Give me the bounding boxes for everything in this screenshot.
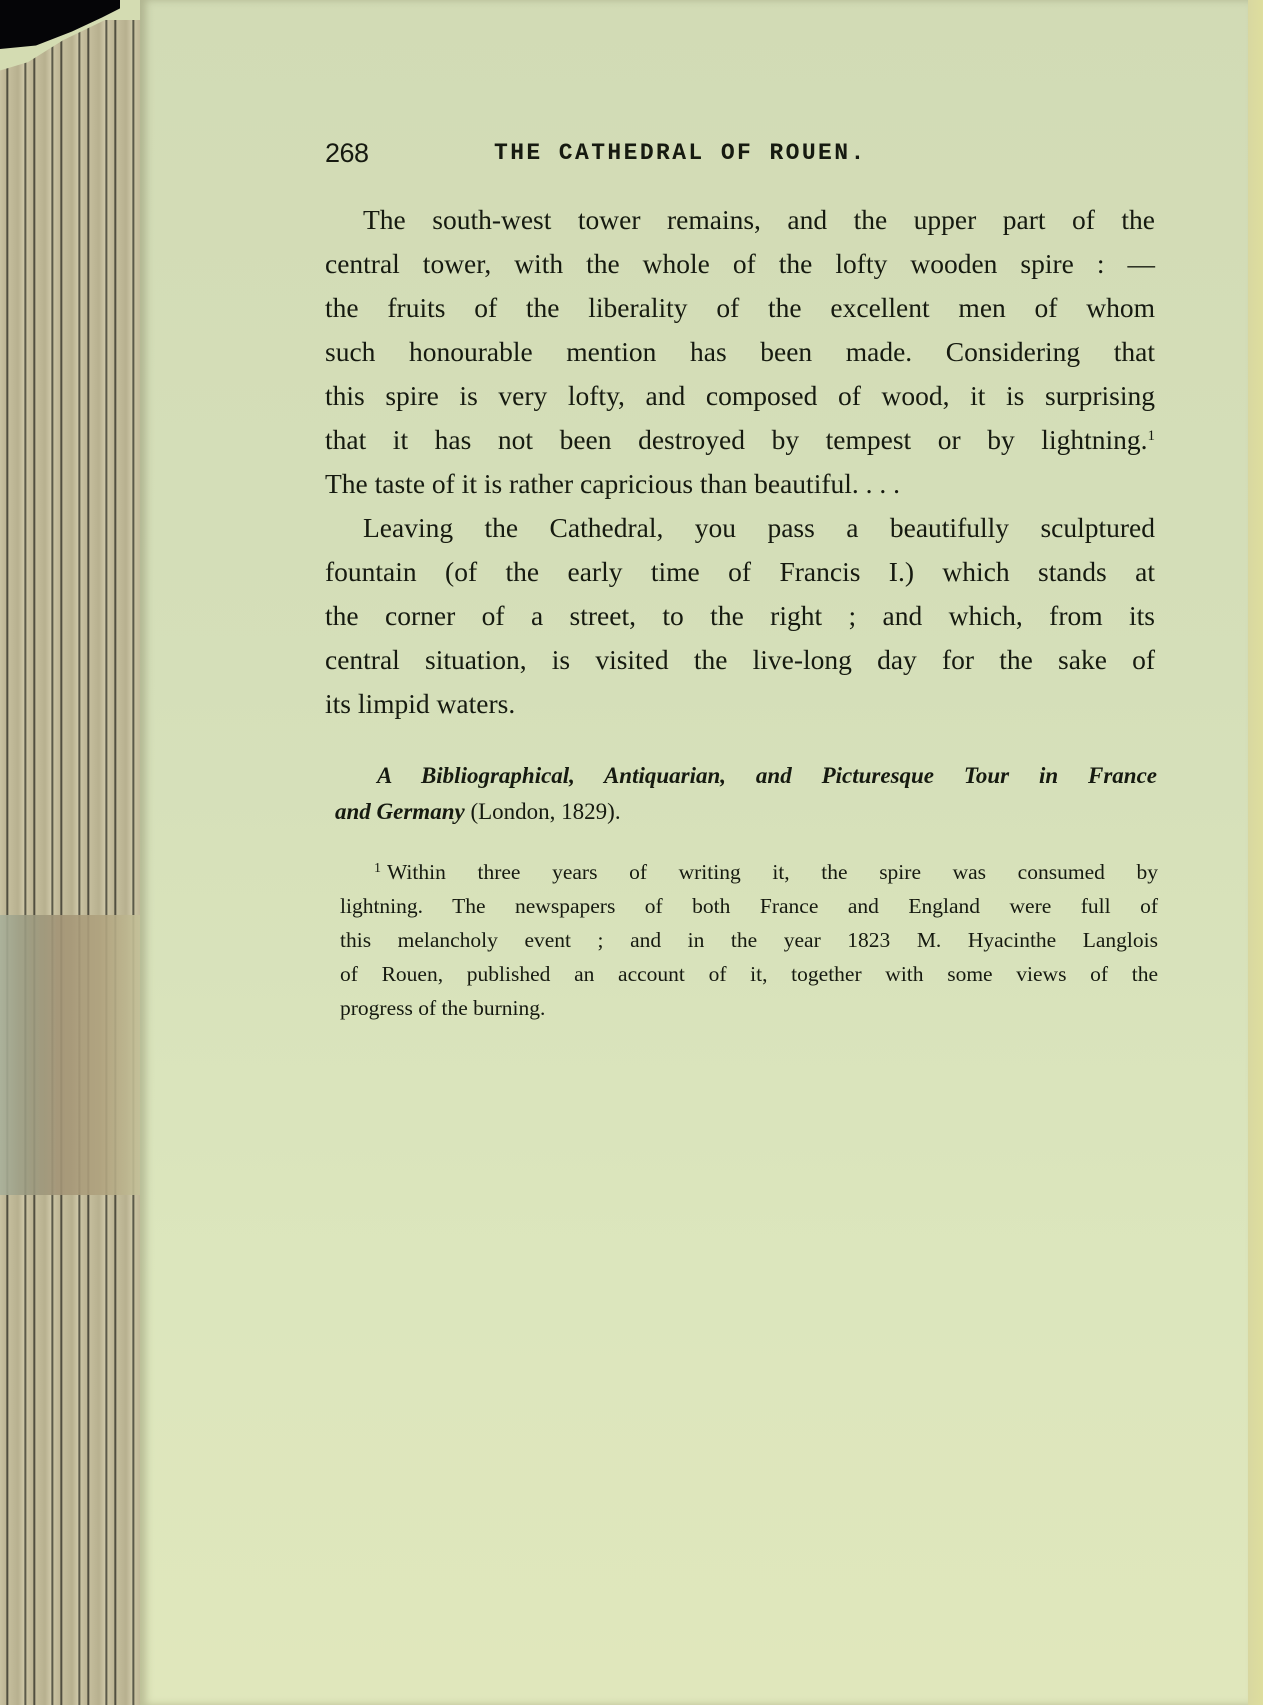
page-number: 268 xyxy=(325,138,369,169)
citation-line-2: and Germany (London, 1829). xyxy=(335,794,1157,830)
page-edges-blurred-band xyxy=(0,915,150,1195)
text-line: such honourable mention has been made. C… xyxy=(325,330,1155,374)
text-line: Leaving the Cathedral, you pass a beauti… xyxy=(325,506,1155,550)
footnote-line: this melancholy event ; and in the year … xyxy=(340,923,1158,957)
citation-line-1: A Bibliographical, Antiquarian, and Pict… xyxy=(335,758,1157,794)
source-citation: A Bibliographical, Antiquarian, and Pict… xyxy=(335,758,1157,830)
text-line: fountain (of the early time of Francis I… xyxy=(325,550,1155,594)
footnote: 1Within three years of writing it, the s… xyxy=(340,855,1158,1025)
citation-publication: (London, 1829). xyxy=(465,799,621,824)
text-line: that it has not been destroyed by tempes… xyxy=(325,424,1148,455)
citation-title: A Bibliographical, Antiquarian, and Pict… xyxy=(377,763,1157,788)
footnote-line: lightning. The newspapers of both France… xyxy=(340,889,1158,923)
paragraph-2: Leaving the Cathedral, you pass a beauti… xyxy=(325,506,1155,726)
text-line: central tower, with the whole of the lof… xyxy=(325,242,1155,286)
right-page-edge xyxy=(1248,0,1263,1705)
running-title: THE CATHEDRAL OF ROUEN. xyxy=(494,140,867,166)
citation-title-continued: and Germany xyxy=(335,799,465,824)
text-line: central situation, is visited the live-l… xyxy=(325,638,1155,682)
text-line: its limpid waters. xyxy=(325,682,1155,726)
footnote-line: 1Within three years of writing it, the s… xyxy=(340,855,1158,889)
page-header: 268 THE CATHEDRAL OF ROUEN. xyxy=(325,138,1155,178)
text-line: The south-west tower remains, and the up… xyxy=(325,198,1155,242)
footnote-line: of Rouen, published an account of it, to… xyxy=(340,957,1158,991)
text-line: The taste of it is rather capricious tha… xyxy=(325,462,1155,506)
text-line: this spire is very lofty, and composed o… xyxy=(325,374,1155,418)
text-line-with-footnote: that it has not been destroyed by tempes… xyxy=(325,418,1155,462)
paragraph-1: The south-west tower remains, and the up… xyxy=(325,198,1155,506)
footnote-text: Within three years of writing it, the sp… xyxy=(387,860,1158,884)
text-line: the corner of a street, to the right ; a… xyxy=(325,594,1155,638)
footnote-marker: 1 xyxy=(374,861,381,876)
text-line: the fruits of the liberality of the exce… xyxy=(325,286,1155,330)
footnote-line: progress of the burning. xyxy=(340,991,1158,1025)
main-text: The south-west tower remains, and the up… xyxy=(325,198,1155,726)
footnote-reference[interactable]: 1 xyxy=(1148,428,1156,444)
stacked-page-edges xyxy=(0,20,140,1705)
